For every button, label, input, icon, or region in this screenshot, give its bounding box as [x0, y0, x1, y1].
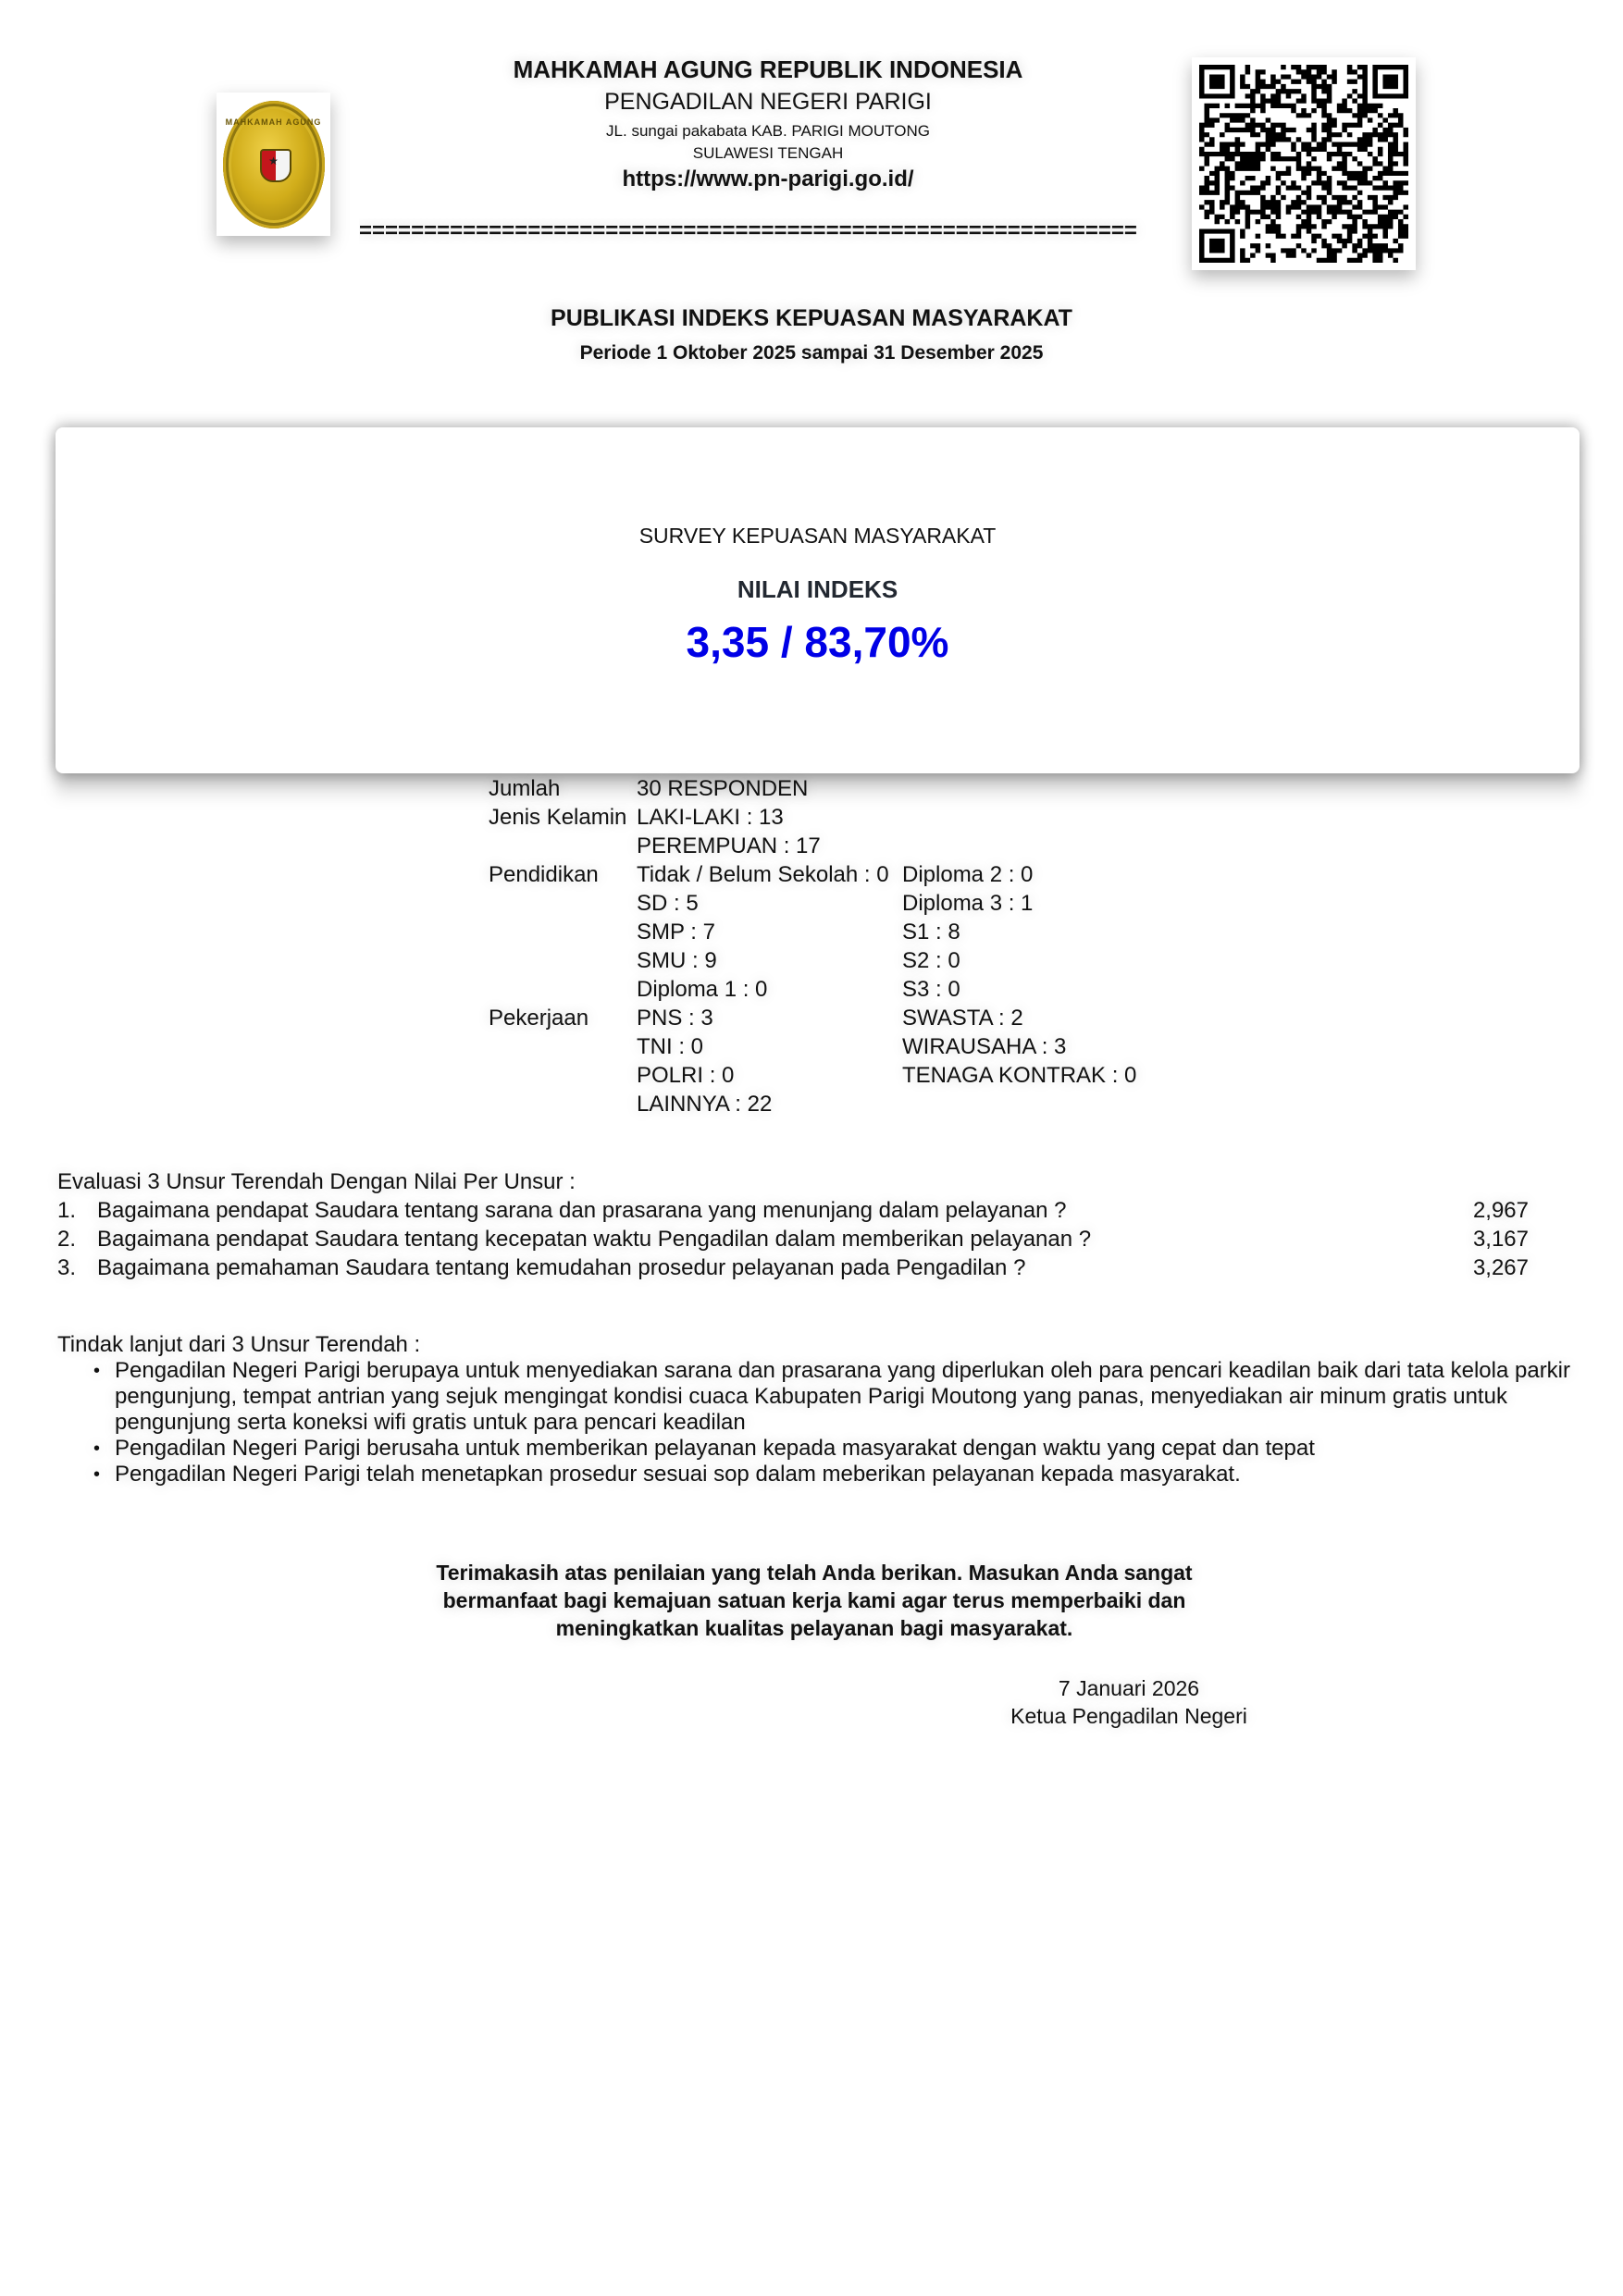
- court-logo: MAHKAMAH AGUNG ★: [217, 93, 330, 236]
- publication-period: Periode 1 Oktober 2025 sampai 31 Desembe…: [278, 342, 1345, 364]
- evaluation-section: Evaluasi 3 Unsur Terendah Dengan Nilai P…: [57, 1167, 1529, 1282]
- demographic-value: Diploma 1 : 0: [637, 975, 767, 1004]
- follow-up-section: Tindak lanjut dari 3 Unsur Terendah : Pe…: [57, 1332, 1584, 1487]
- court-name: PENGADILAN NEGERI PARIGI: [342, 89, 1194, 116]
- closing-message: Terimakasih atas penilaian yang telah An…: [370, 1559, 1258, 1642]
- signature-position: Ketua Pengadilan Negeri: [962, 1702, 1295, 1730]
- demographic-value: SMU : 9: [637, 946, 717, 975]
- evaluation-heading-text: Evaluasi 3 Unsur Terendah Dengan Nilai P…: [57, 1169, 576, 1194]
- qr-code-icon: [1199, 65, 1408, 263]
- demographic-value: PEREMPUAN : 17: [637, 832, 821, 860]
- follow-up-item: Pengadilan Negeri Parigi berusaha untuk …: [115, 1436, 1584, 1462]
- evaluation-score: 2,967: [1473, 1196, 1529, 1225]
- signature-block: 7 Januari 2026 Ketua Pengadilan Negeri: [962, 1674, 1295, 1730]
- header-separator: ========================================…: [359, 218, 1173, 244]
- seal-ring-text: MAHKAMAH AGUNG: [223, 117, 325, 127]
- evaluation-question: Bagaimana pendapat Saudara tentang saran…: [97, 1196, 1066, 1225]
- demographic-value: PNS : 3: [637, 1004, 713, 1032]
- mahkamah-agung-seal-icon: MAHKAMAH AGUNG ★: [223, 101, 325, 228]
- institution-title: MAHKAMAH AGUNG REPUBLIK INDONESIA: [342, 56, 1194, 84]
- demographic-label: Jenis Kelamin: [489, 803, 626, 832]
- index-label: NILAI INDEKS: [56, 575, 1580, 604]
- closing-line: bermanfaat bagi kemajuan satuan kerja ka…: [370, 1586, 1258, 1614]
- demographic-value: LAINNYA : 22: [637, 1090, 772, 1118]
- evaluation-item: 1.Bagaimana pendapat Saudara tentang sar…: [57, 1196, 1529, 1225]
- demographic-label: Pekerjaan: [489, 1004, 588, 1032]
- follow-up-item: Pengadilan Negeri Parigi telah menetapka…: [115, 1462, 1584, 1487]
- demographic-value: Tidak / Belum Sekolah : 0: [637, 860, 889, 889]
- evaluation-question: Bagaimana pemahaman Saudara tentang kemu…: [97, 1253, 1025, 1282]
- court-website-link[interactable]: https://www.pn-parigi.go.id/: [342, 167, 1194, 192]
- demographic-value: LAKI-LAKI : 13: [637, 803, 784, 832]
- evaluation-number: 3.: [57, 1253, 76, 1282]
- demographic-value-secondary: S2 : 0: [902, 946, 960, 975]
- evaluation-heading: Evaluasi 3 Unsur Terendah Dengan Nilai P…: [57, 1167, 1529, 1196]
- evaluation-score: 3,167: [1473, 1225, 1529, 1253]
- closing-line: meningkatkan kualitas pelayanan bagi mas…: [370, 1614, 1258, 1642]
- index-value: 3,35 / 83,70%: [56, 617, 1580, 667]
- evaluation-number: 2.: [57, 1225, 76, 1253]
- qr-code-box: [1192, 57, 1416, 270]
- evaluation-score: 3,267: [1473, 1253, 1529, 1282]
- evaluation-item: 2.Bagaimana pendapat Saudara tentang kec…: [57, 1225, 1529, 1253]
- demographic-value-secondary: S1 : 8: [902, 918, 960, 946]
- demographic-value-secondary: Diploma 3 : 1: [902, 889, 1033, 918]
- index-card: SURVEY KEPUASAN MASYARAKAT NILAI INDEKS …: [56, 427, 1580, 773]
- court-address: JL. sungai pakabata KAB. PARIGI MOUTONG: [342, 122, 1194, 141]
- demographic-value: SD : 5: [637, 889, 699, 918]
- closing-line: Terimakasih atas penilaian yang telah An…: [370, 1559, 1258, 1586]
- court-province: SULAWESI TENGAH: [342, 144, 1194, 163]
- star-icon: ★: [223, 154, 325, 167]
- follow-up-heading: Tindak lanjut dari 3 Unsur Terendah :: [57, 1332, 1584, 1358]
- demographic-label: Jumlah: [489, 774, 560, 803]
- demographic-label: Pendidikan: [489, 860, 599, 889]
- demographic-value: POLRI : 0: [637, 1061, 734, 1090]
- survey-label: SURVEY KEPUASAN MASYARAKAT: [56, 524, 1580, 549]
- evaluation-item: 3.Bagaimana pemahaman Saudara tentang ke…: [57, 1253, 1529, 1282]
- follow-up-item: Pengadilan Negeri Parigi berupaya untuk …: [115, 1358, 1584, 1436]
- follow-up-list: Pengadilan Negeri Parigi berupaya untuk …: [57, 1358, 1584, 1487]
- demographic-value-secondary: SWASTA : 2: [902, 1004, 1023, 1032]
- demographic-value-secondary: S3 : 0: [902, 975, 960, 1004]
- evaluation-number: 1.: [57, 1196, 76, 1225]
- demographic-value: 30 RESPONDEN: [637, 774, 808, 803]
- signature-date: 7 Januari 2026: [962, 1674, 1295, 1702]
- demographic-value-secondary: WIRAUSAHA : 3: [902, 1032, 1066, 1061]
- demographic-value: SMP : 7: [637, 918, 715, 946]
- demographic-value-secondary: Diploma 2 : 0: [902, 860, 1033, 889]
- evaluation-question: Bagaimana pendapat Saudara tentang kecep…: [97, 1225, 1091, 1253]
- demographic-value: TNI : 0: [637, 1032, 703, 1061]
- publication-title: PUBLIKASI INDEKS KEPUASAN MASYARAKAT: [278, 305, 1345, 332]
- demographic-value-secondary: TENAGA KONTRAK : 0: [902, 1061, 1136, 1090]
